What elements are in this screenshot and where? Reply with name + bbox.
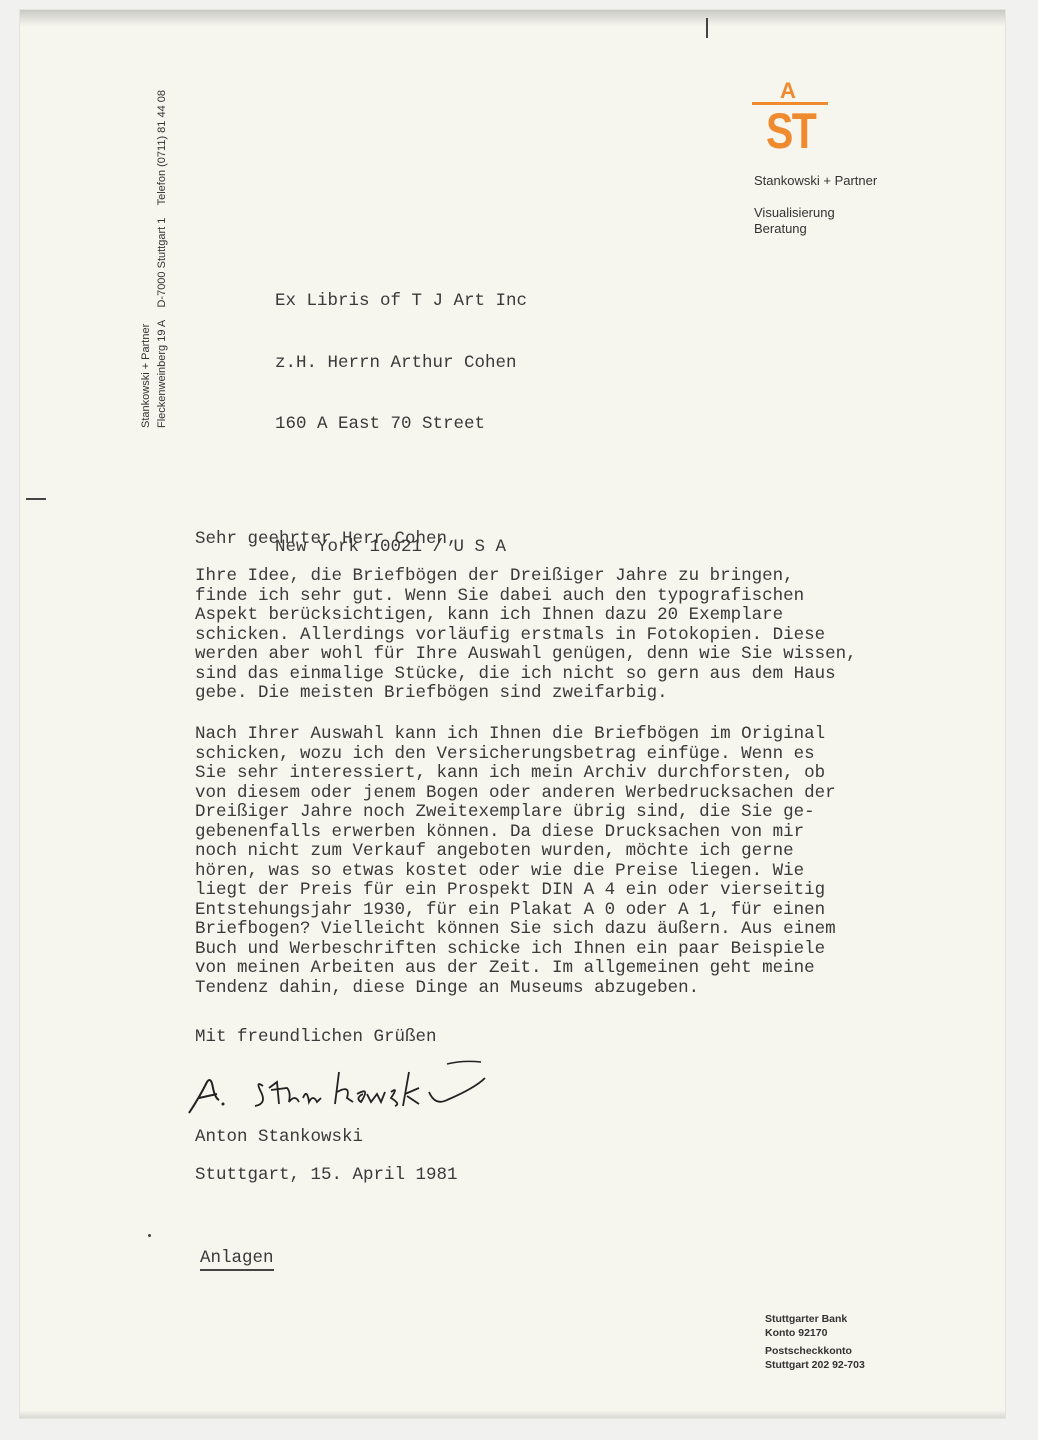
company-logo: A ST [752, 80, 832, 160]
address-line: Ex Libris of T J Art Inc [275, 291, 527, 312]
firm-name: Stankowski + Partner [754, 173, 877, 188]
sender-name: Anton Stankowski [195, 1128, 363, 1148]
fold-mark-left [26, 498, 46, 500]
bank-name: Stuttgarter Bank [765, 1312, 865, 1326]
paper-bottom-edge [20, 1410, 1005, 1418]
postal-account: Stuttgart 202 92-703 [765, 1358, 865, 1372]
fold-mark-top [706, 18, 708, 38]
firm-services: Visualisierung Beratung [754, 205, 835, 237]
enclosures-label: Anlagen [200, 1248, 274, 1271]
sidebar-line-2: Fleckenweinberg 19 A D-7000 Stuttgart 1 … [154, 90, 170, 428]
address-line: 160 A East 70 Street [275, 414, 527, 435]
body-paragraph-1: Ihre Idee, die Briefbögen der Dreißiger … [195, 567, 857, 704]
salutation: Sehr geehrter Herr Cohen, [195, 530, 458, 550]
handwritten-signature [185, 1058, 505, 1118]
logo-top-letter: A [780, 80, 796, 102]
service-item: Beratung [754, 221, 835, 237]
address-line: z.H. Herrn Arthur Cohen [275, 353, 527, 374]
bank-details: Stuttgarter Bank Konto 92170 Postscheckk… [765, 1312, 865, 1372]
postal-label: Postscheckkonto [765, 1344, 865, 1358]
sidebar-phone: Telefon (0711) 81 44 08 [154, 90, 170, 205]
sidebar-line-1: Stankowski + Partner [138, 90, 154, 428]
closing: Mit freundlichen Grüßen [195, 1028, 437, 1048]
sidebar-city: D-7000 Stuttgart 1 [154, 218, 170, 308]
sender-address-sidebar: Stankowski + Partner Fleckenweinberg 19 … [138, 90, 170, 428]
paper-top-edge [20, 10, 1005, 26]
logo-main-letters: ST [766, 105, 815, 157]
body-paragraph-2: Nach Ihrer Auswahl kann ich Ihnen die Br… [195, 725, 836, 998]
service-item: Visualisierung [754, 205, 835, 221]
bank-account: Konto 92170 [765, 1326, 865, 1340]
sidebar-street: Fleckenweinberg 19 A [154, 320, 170, 428]
ink-dot [148, 1234, 151, 1237]
place-date: Stuttgart, 15. April 1981 [195, 1166, 458, 1186]
